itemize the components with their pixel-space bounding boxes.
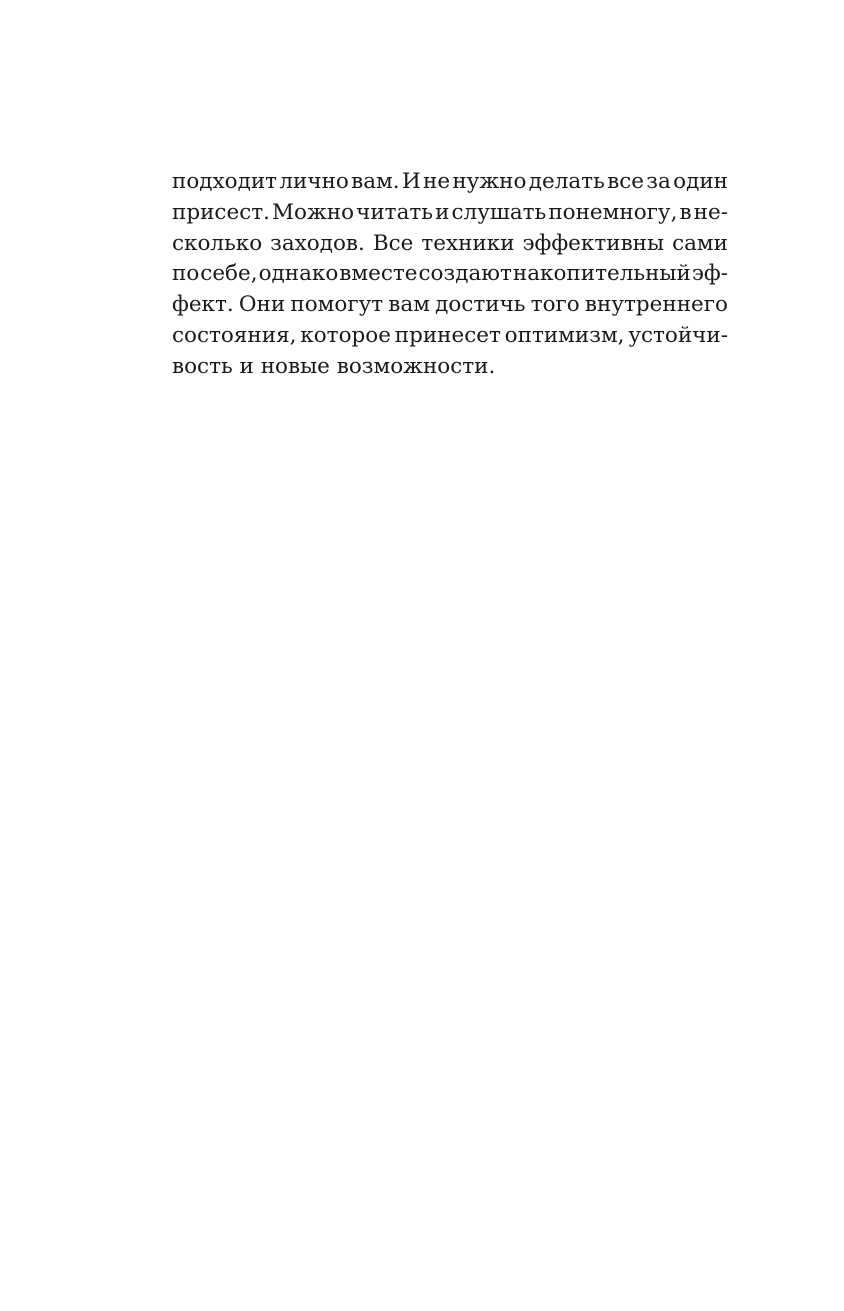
text-line: состояния, которое принесет оптимизм, ус… (172, 321, 728, 352)
text-line: подходит лично вам. И не нужно делать вс… (172, 167, 728, 198)
text-line: присест. Можно читать и слушать понемног… (172, 198, 728, 229)
body-paragraph: подходит лично вам. И не нужно делать вс… (172, 167, 728, 383)
text-line: сколько заходов. Все техники эффективны … (172, 229, 728, 260)
text-line: по себе, однако вместе создают накопител… (172, 259, 728, 290)
text-line: вость и новые возможности. (172, 352, 728, 383)
book-page: подходит лично вам. И не нужно делать вс… (0, 0, 844, 1311)
text-line: фект. Они помогут вам достичь того внутр… (172, 290, 728, 321)
